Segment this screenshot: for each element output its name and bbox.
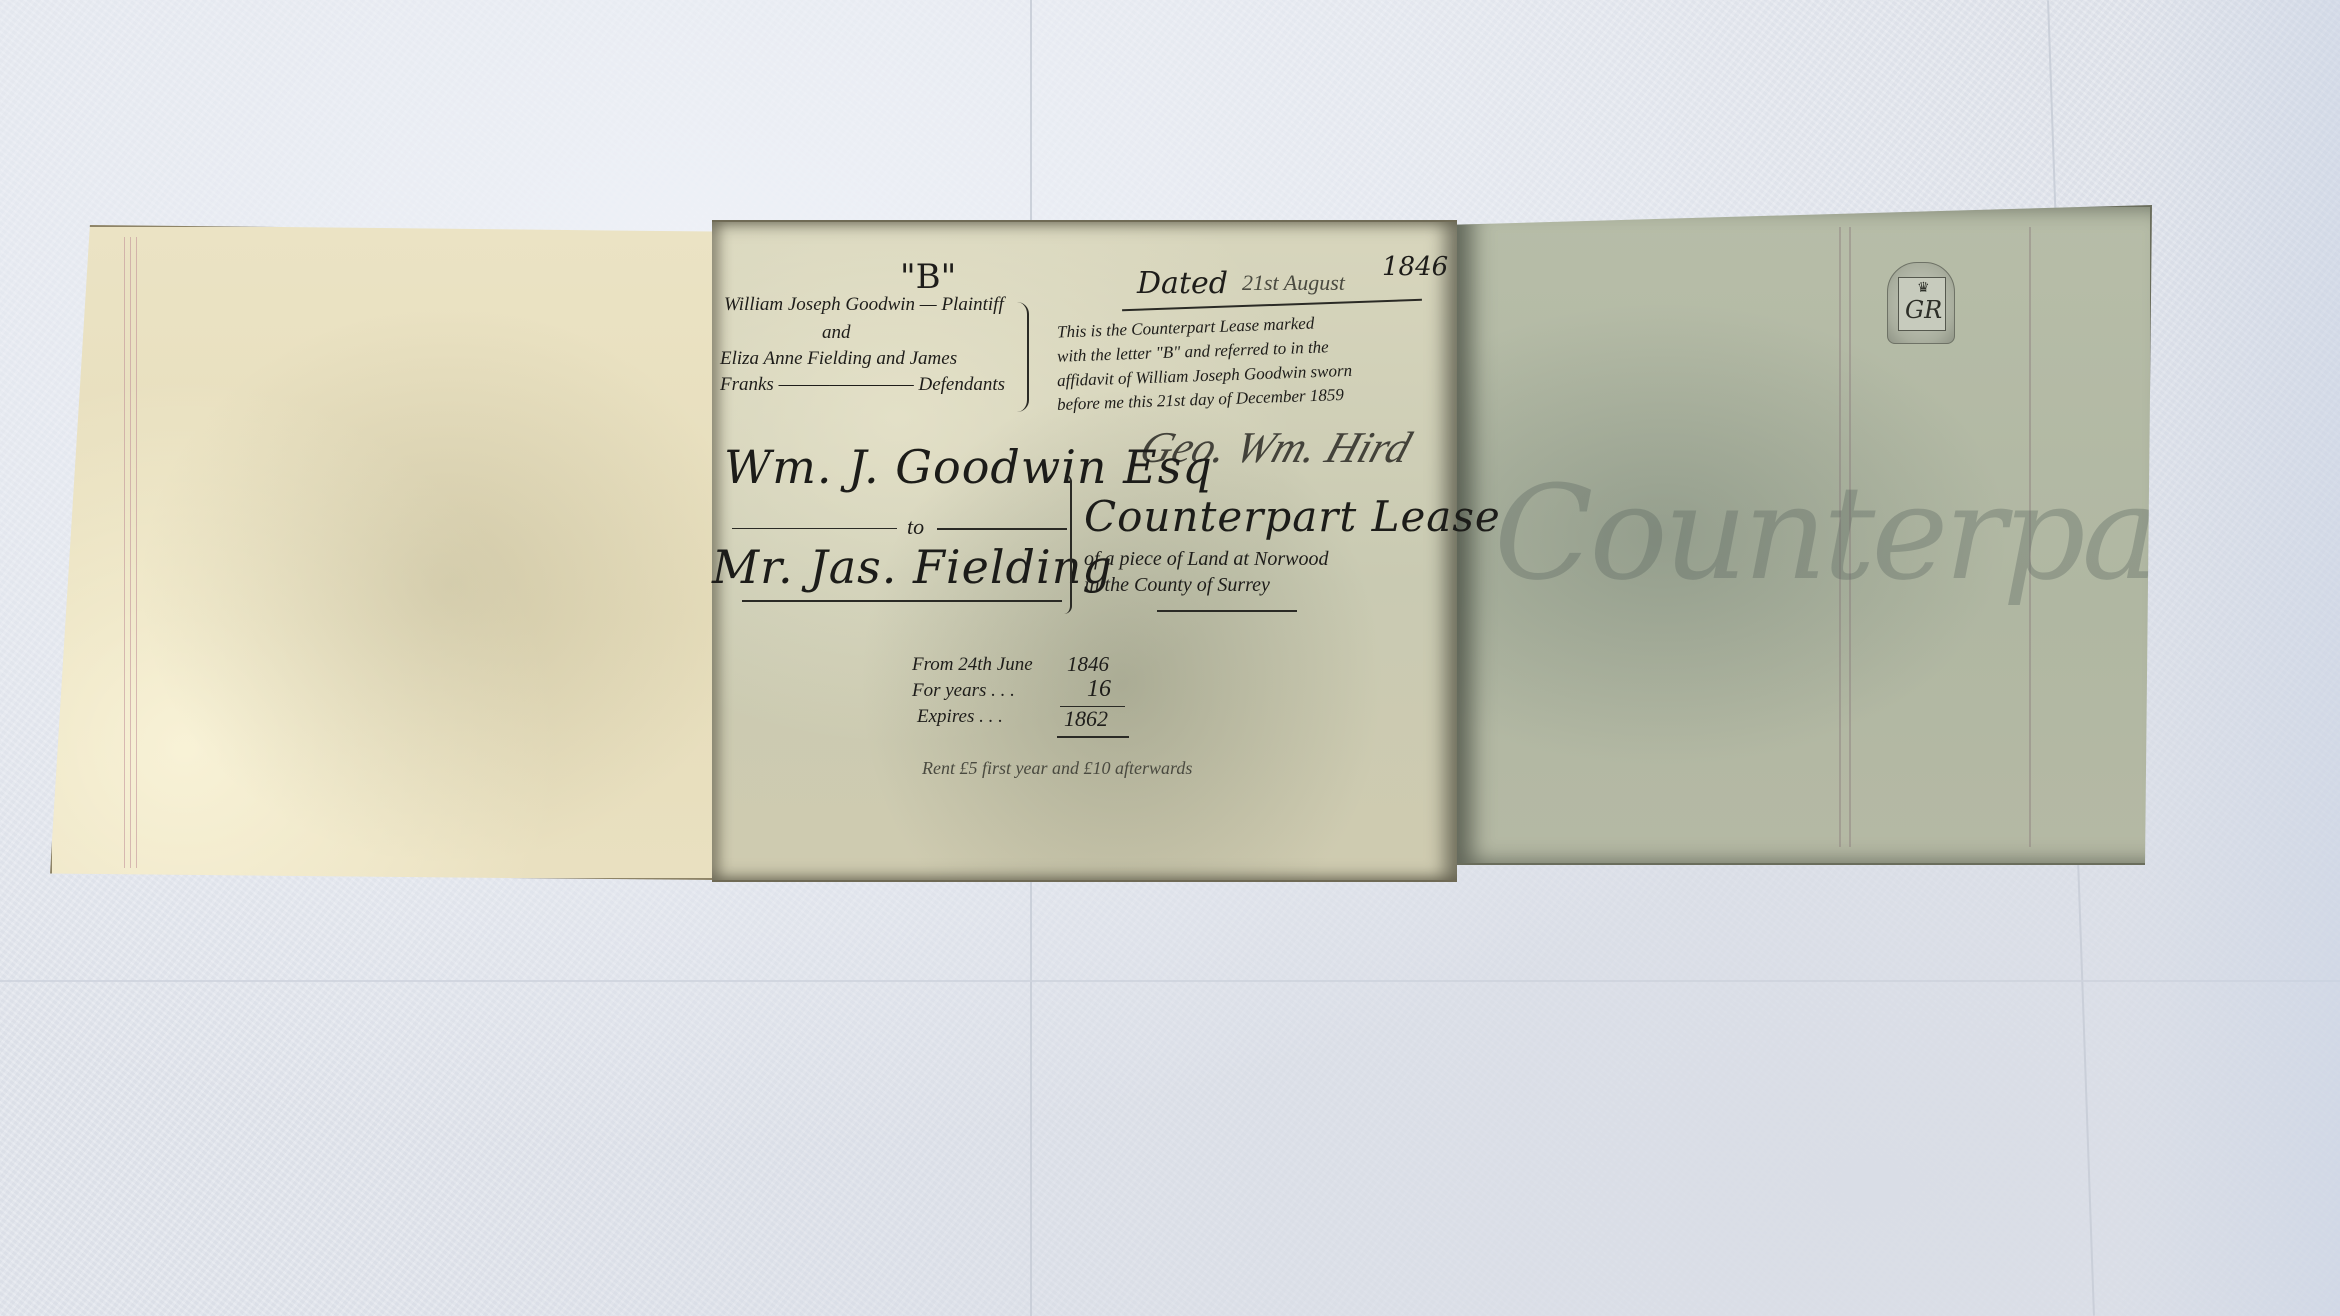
brace [1017, 302, 1029, 412]
document-left-panel [50, 225, 715, 880]
seal-frame: ♛ GR [1898, 277, 1946, 331]
parties-line: Eliza Anne Fielding and James [720, 348, 957, 370]
document-title: Counterpart Lease [1084, 492, 1501, 541]
term-years-label: For years . . . [912, 680, 1015, 702]
embossed-seal-icon: ♛ GR [1887, 262, 1955, 344]
margin-rule [124, 237, 125, 868]
term-from-year: 1846 [1067, 652, 1109, 677]
margin-rule [136, 237, 137, 868]
rule [937, 528, 1067, 530]
rent-terms: Rent £5 first year and £10 afterwards [922, 758, 1192, 779]
dated-label: Dated [1137, 266, 1228, 301]
document-right-panel: Counterpart [1452, 205, 2152, 865]
rule [1157, 610, 1297, 612]
grantor-name: Wm. J. Goodwin Esq [724, 440, 1213, 494]
dated-value: 21st August [1242, 270, 1345, 296]
term-expires-value: 1862 [1064, 706, 1108, 732]
exhibit-mark: "B" [900, 257, 956, 297]
document-center-panel: "B" William Joseph Goodwin — Plaintiff a… [712, 220, 1457, 882]
to-label: to [907, 514, 924, 540]
rule [742, 600, 1062, 602]
watermark-text: Counterpart [1494, 457, 2262, 609]
term-from-label: From 24th June [912, 654, 1033, 676]
parties-line: Franks ———————— Defendants [720, 374, 1005, 396]
document-subtitle: of a piece of Land at Norwood [1084, 548, 1328, 571]
brace [1064, 474, 1072, 614]
parties-line: and [822, 322, 851, 344]
rule [1057, 736, 1129, 738]
document-subtitle: in the County of Surrey [1084, 574, 1270, 597]
table-seam [0, 980, 2340, 982]
parties-line: William Joseph Goodwin — Plaintiff [724, 294, 1004, 316]
margin-rule [130, 237, 131, 868]
surface-shade [2120, 0, 2340, 1316]
rule [732, 528, 897, 529]
term-expires-label: Expires . . . [917, 706, 1003, 728]
seal-monogram: GR [1905, 296, 1942, 324]
term-years-value: 16 [1087, 676, 1111, 703]
crown-icon: ♛ [1917, 280, 1930, 296]
dated-year: 1846 [1382, 252, 1448, 282]
grantee-name: Mr. Jas. Fielding [712, 540, 1113, 594]
